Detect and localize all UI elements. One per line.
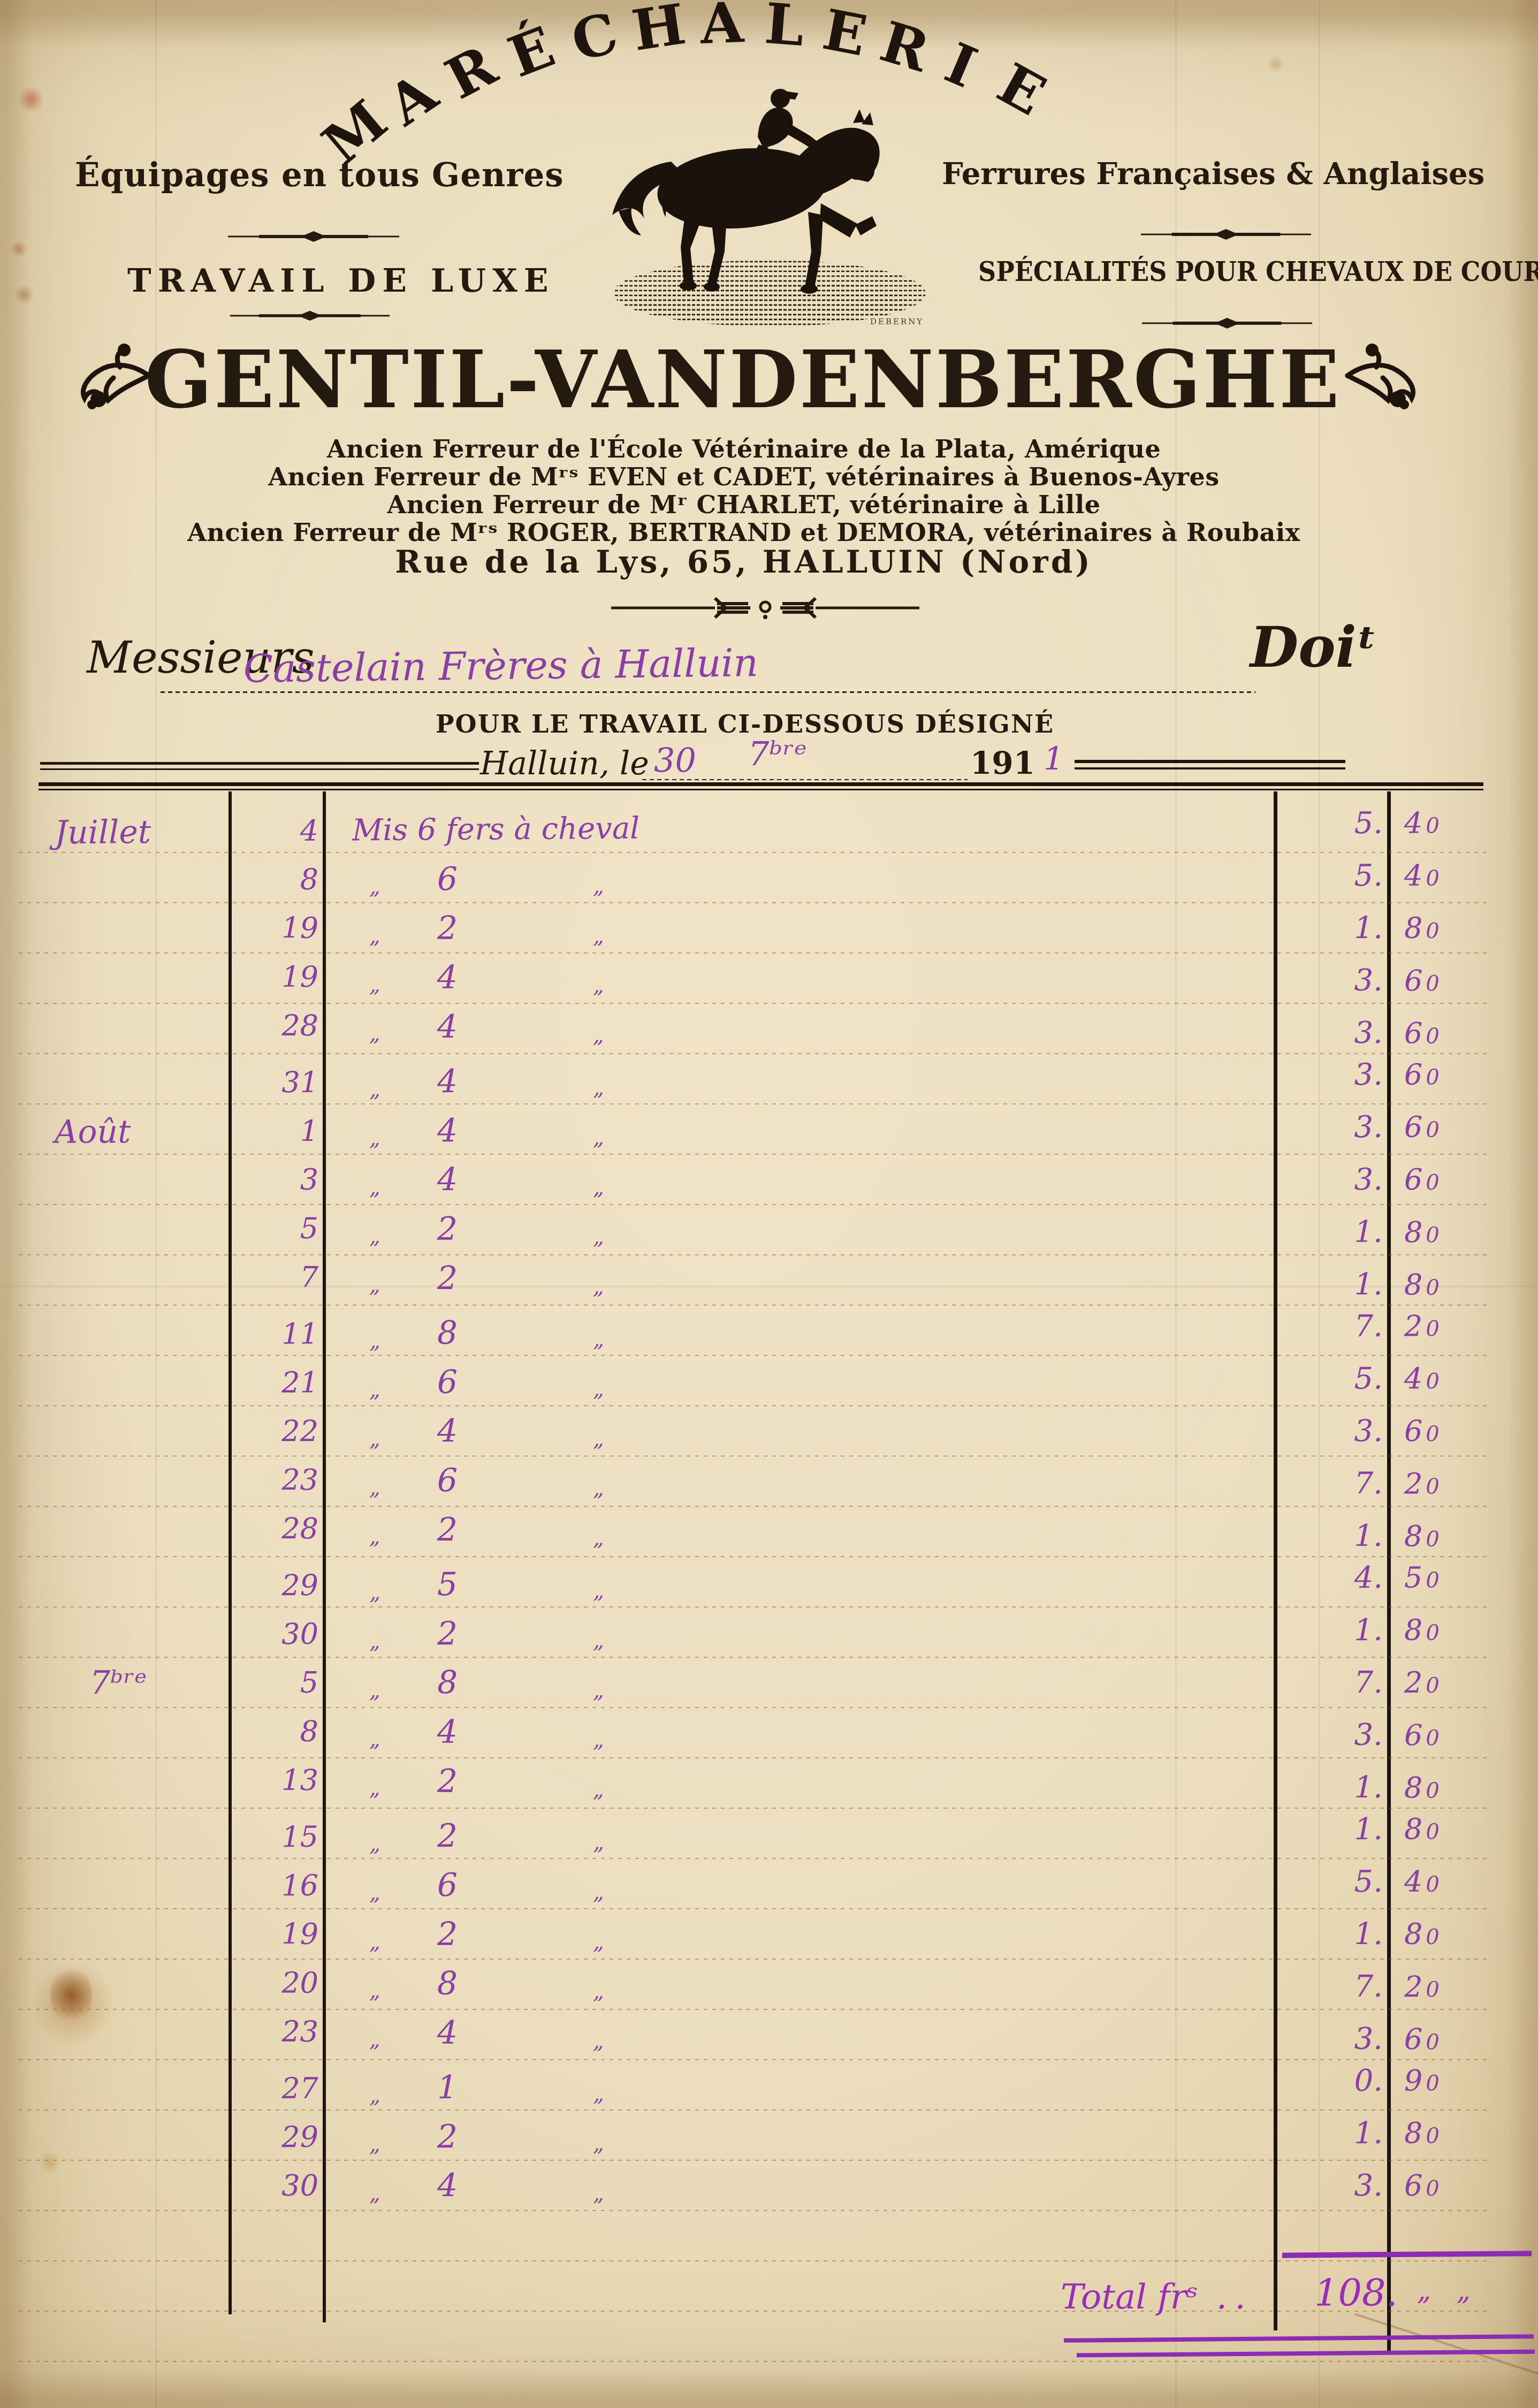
ditto-mark: „: [593, 1262, 604, 1312]
paper-stain: [11, 240, 27, 258]
quantity-cell: 4: [422, 2161, 473, 2211]
centimes-small-digit: 0: [1426, 866, 1443, 891]
invoice-page: MARÉCHALERIE Équipages en tous Genres TR…: [0, 0, 1538, 2408]
quantity-cell: 8: [422, 1959, 473, 2009]
centimes-cell: 40: [1404, 851, 1443, 904]
day-cell: 30: [225, 2161, 318, 2211]
table-row: 29„2„1.80: [0, 2108, 1538, 2163]
tagline-ferrures: Ferrures Françaises & Anglaises: [942, 156, 1484, 192]
tagline-specialites: SPÉCIALITÉS POUR CHEVAUX DE COURSES: [978, 256, 1538, 288]
date-day-handwritten: 30: [654, 741, 696, 780]
table-row: 11„8„7.20: [0, 1300, 1538, 1361]
quantity-cell: 8: [422, 1658, 473, 1708]
day-cell: 29: [225, 2112, 318, 2163]
quantity-cell: 6: [422, 1860, 473, 1910]
credential-line: Ancien Ferreur de l'École Vétérinaire de…: [327, 435, 1161, 463]
quantity-cell: 2: [422, 1609, 473, 1659]
credential-line: Ancien Ferreur de Mʳˢ ROGER, BERTRAND et…: [187, 518, 1300, 547]
table-row: 7ᵇʳᵉ5„8„7.20: [0, 1658, 1538, 1708]
quantity-cell: 2: [422, 1253, 474, 1304]
table-row: 23„6„7.20: [0, 1454, 1538, 1510]
day-cell: 30: [225, 1609, 318, 1660]
quantity-cell: 8: [422, 1308, 474, 1359]
centimes-cell: 60: [1404, 1710, 1443, 1763]
total-label: Total frˢ..: [1061, 2277, 1253, 2317]
ditto-mark: „: [593, 2168, 604, 2219]
centimes-small-digit: 0: [1426, 1024, 1443, 1049]
centimes-cell: 20: [1404, 1658, 1443, 1711]
quantity-cell: 6: [422, 1456, 473, 1506]
francs-cell: 3.: [1280, 2161, 1383, 2211]
day-cell: 8: [225, 1706, 318, 1757]
credential-line: Ancien Ferreur de Mʳ CHARLET, vétérinair…: [387, 490, 1100, 519]
quantity-cell: 6: [422, 854, 473, 904]
francs-cell: 1.: [1280, 1909, 1383, 1960]
quantity-cell: 4: [422, 1106, 473, 1156]
day-cell: 19: [225, 951, 318, 1002]
quantity-cell: 2: [422, 1204, 473, 1254]
day-cell: 31: [225, 1057, 319, 1108]
arch-letter: L: [763, 0, 807, 59]
quantity-cell: 4: [422, 1406, 473, 1457]
quantity-cell: 1: [422, 2062, 474, 2113]
centimes-small-digit: 0: [1426, 1276, 1443, 1300]
day-cell: 19: [225, 1909, 318, 1960]
floral-flourish-icon: [1337, 342, 1428, 412]
centimes-small-digit: 0: [1426, 1925, 1442, 1949]
address-line: Rue de la Lys, 65, HALLUIN (Nord): [395, 544, 1092, 580]
arch-letter: E: [987, 50, 1056, 128]
francs-cell: 3.: [1280, 1102, 1383, 1153]
horse-jockey-engraving: DEBERNY: [581, 72, 959, 337]
day-cell: 28: [225, 1503, 319, 1554]
table-row: 21„6„5.40: [0, 1353, 1538, 1409]
doit-label: Doiᵗ: [1250, 614, 1377, 680]
total-underline: [1077, 2350, 1535, 2358]
divider-ornament: [1141, 316, 1313, 331]
quantity-cell: 4: [422, 1707, 473, 1757]
quantity-cell: 5: [422, 1559, 474, 1610]
francs-cell: 1.: [1280, 2108, 1383, 2159]
ruled-line: [19, 2260, 1488, 2261]
engraving-credit: DEBERNY: [870, 317, 924, 326]
arch-letter: A: [699, 0, 745, 57]
date-dotted-rule: [642, 779, 968, 780]
centimes-small-digit: 0: [1426, 919, 1442, 943]
divider-ornament: [229, 308, 391, 323]
quantity-cell: 2: [422, 1909, 473, 1960]
day-cell: 8: [225, 855, 318, 905]
centimes-cell: 60: [1404, 2161, 1443, 2214]
month-cell: Juillet: [55, 807, 151, 858]
centimes-small-digit: 0: [1426, 1170, 1442, 1195]
francs-cell: 7.: [1280, 1961, 1383, 2012]
centimes-small-digit: 0: [1426, 1779, 1443, 1803]
centimes-small-digit: 0: [1426, 2030, 1443, 2055]
francs-cell: 1.: [1280, 903, 1383, 954]
table-row: 8„4„3.60: [0, 1705, 1538, 1761]
date-rule-right: [1075, 767, 1345, 769]
francs-cell: 1.: [1280, 1605, 1383, 1656]
table-row: Août1„4„3.60: [0, 1102, 1538, 1157]
table-row: 30„2„1.80: [0, 1605, 1538, 1660]
francs-cell: 7.: [1280, 1458, 1383, 1509]
francs-cell: 7.: [1280, 1658, 1383, 1708]
quantity-cell: 2: [422, 2112, 473, 2162]
francs-cell: 5.: [1280, 1857, 1383, 1908]
total-francs: 108.: [1314, 2271, 1398, 2315]
day-cell: 29: [225, 1560, 319, 1611]
centimes-small-digit: 0: [1426, 2071, 1443, 2095]
day-cell: 5: [225, 1658, 318, 1708]
centimes-small-digit: 0: [1426, 1527, 1443, 1552]
quantity-cell: 2: [422, 1811, 474, 1862]
day-cell: 16: [225, 1861, 318, 1911]
ditto-mark: „: [369, 1512, 380, 1562]
date-rule-right: [1075, 760, 1345, 763]
centimes-cell: 40: [1404, 1857, 1443, 1910]
centimes-cell: 80: [1404, 2108, 1443, 2161]
day-cell: 15: [225, 1812, 319, 1863]
francs-cell: 1.: [1280, 1207, 1383, 1258]
centimes-small-digit: 0: [1426, 2124, 1443, 2148]
centimes-small-digit: 0: [1426, 1316, 1443, 1341]
ditto-mark: „: [593, 1765, 604, 1815]
centimes-cell: 40: [1404, 1354, 1443, 1407]
year-digit-handwritten: 1: [1044, 741, 1064, 778]
quantity-cell: 4: [422, 952, 473, 1003]
divider-ornament: [227, 229, 400, 244]
centimes-small-digit: 0: [1426, 813, 1443, 838]
francs-cell: 3.: [1280, 955, 1383, 1006]
paper-stain: [14, 285, 34, 305]
tagline-travail-de-luxe: TRAVAIL DE LUXE: [127, 262, 554, 300]
centimes-cell: 80: [1404, 903, 1443, 956]
total-underline: [1064, 2334, 1534, 2343]
table-row: 31„4„3.60: [0, 1049, 1538, 1110]
centimes-cell: 60: [1404, 1102, 1443, 1155]
date-month-handwritten: 7ᵇʳᵉ: [748, 734, 807, 773]
day-cell: 23: [225, 1454, 318, 1505]
ruled-line: [19, 2311, 1488, 2312]
day-cell: 22: [225, 1406, 318, 1457]
total-label-text: Total frˢ: [1061, 2277, 1198, 2317]
table-top-rule: [39, 782, 1483, 786]
dateline-printed: Halluin, le: [480, 745, 649, 782]
year-printed: 191: [970, 745, 1035, 781]
francs-cell: 5.: [1280, 851, 1383, 902]
ditto-mark: „: [369, 1260, 380, 1310]
centimes-small-digit: 0: [1426, 971, 1443, 996]
centimes-small-digit: 0: [1426, 1422, 1442, 1446]
centimes-cell: 60: [1404, 1155, 1443, 1208]
day-cell: 23: [225, 2006, 319, 2057]
day-cell: 7: [225, 1252, 319, 1302]
total-top-rule: [1282, 2251, 1532, 2258]
month-cell: Août: [55, 1107, 131, 1157]
quantity-cell: 6: [422, 1357, 473, 1407]
ditto-mark: „: [369, 2168, 380, 2219]
table-row: 19„4„3.60: [0, 951, 1538, 1007]
arch-letter: E: [818, 0, 872, 69]
quantity-cell: 4: [422, 1056, 474, 1107]
centimes-cell: 40: [1404, 798, 1443, 851]
centimes-small-digit: 0: [1426, 1568, 1443, 1592]
ditto-mark: „: [593, 1010, 604, 1061]
day-cell: 20: [225, 1957, 318, 2008]
quantity-cell: 4: [422, 1155, 473, 1205]
quantity-cell: 4: [422, 1001, 474, 1052]
date-rule-left: [40, 762, 479, 765]
centimes-small-digit: 0: [1426, 1872, 1443, 1897]
ditto-mark: „: [593, 1513, 604, 1564]
centimes-small-digit: 0: [1426, 1369, 1443, 1394]
ruled-line: [19, 2361, 1488, 2362]
table-row: 30„4„3.60: [0, 2161, 1538, 2211]
centimes-small-digit: 0: [1426, 1474, 1443, 1499]
centimes-small-digit: 0: [1426, 1223, 1443, 1247]
centimes-cell: 90: [1404, 2055, 1443, 2108]
total-centimes: „ „: [1417, 2275, 1479, 2306]
centimes-small-digit: 0: [1426, 1118, 1443, 1142]
ditto-mark: „: [369, 1763, 380, 1813]
francs-cell: 0.: [1280, 2056, 1383, 2107]
table-row: 22„4„3.60: [0, 1406, 1538, 1457]
table-row: 15„2„1.80: [0, 1803, 1538, 1864]
day-cell: 11: [225, 1309, 319, 1360]
day-cell: 4: [225, 806, 319, 857]
day-cell: 5: [225, 1203, 318, 1254]
centimes-cell: 80: [1404, 1909, 1443, 1962]
client-dotted-rule: [161, 691, 1255, 693]
table-row: 27„1„0.90: [0, 2055, 1538, 2116]
francs-cell: 3.: [1280, 1710, 1383, 1761]
centimes-cell: 60: [1404, 1049, 1443, 1102]
centimes-cell: 20: [1404, 1962, 1443, 2015]
table-row: 29„5„4.50: [0, 1552, 1538, 1613]
day-cell: 28: [225, 1000, 319, 1051]
table-row: 5„2„1.80: [0, 1202, 1538, 1258]
ditto-mark: „: [593, 2016, 604, 2067]
centimes-small-digit: 0: [1426, 1819, 1443, 1844]
centimes-cell: 20: [1404, 1301, 1443, 1354]
client-name-handwritten: Castelain Frères à Halluin: [243, 640, 759, 691]
centimes-small-digit: 0: [1426, 2176, 1442, 2201]
quantity-cell: 4: [422, 2007, 474, 2058]
day-cell: 19: [225, 903, 318, 954]
work-note: POUR LE TRAVAIL CI-DESSOUS DÉSIGNÉ: [436, 710, 1054, 738]
centimes-small-digit: 0: [1426, 1621, 1443, 1645]
total-dots: ..: [1216, 2277, 1253, 2317]
francs-cell: 5.: [1280, 798, 1383, 849]
divider-ornament: [1140, 227, 1312, 242]
table-row: 3„4„3.60: [0, 1155, 1538, 1205]
centimes-cell: 60: [1404, 1406, 1443, 1459]
arch-letter: R: [435, 32, 506, 112]
quantity-cell: 2: [422, 903, 473, 954]
centimes-small-digit: 0: [1426, 1065, 1443, 1089]
table-row: 8„6„5.40: [0, 850, 1538, 906]
tagline-equipages: Équipages en tous Genres: [75, 156, 564, 194]
table-row: 20„8„7.20: [0, 1957, 1538, 2013]
centimes-cell: 20: [1404, 1459, 1443, 1512]
table-row: 19„2„1.80: [0, 903, 1538, 954]
date-rule-left: [40, 768, 479, 770]
arch-letter: É: [500, 13, 563, 90]
day-cell: 21: [225, 1358, 318, 1408]
month-cell: 7ᵇʳᵉ: [90, 1658, 147, 1708]
business-name: GENTIL-VANDENBERGHE: [144, 333, 1341, 426]
table-top-rule: [39, 789, 1483, 790]
centimes-cell: 60: [1404, 956, 1443, 1009]
centimes-small-digit: 0: [1426, 1977, 1443, 2002]
ditto-mark: „: [369, 2015, 380, 2065]
day-cell: 27: [225, 2063, 319, 2114]
description-cell: Mis 6 fers à cheval: [352, 804, 640, 856]
francs-cell: 4.: [1280, 1553, 1383, 1604]
table-row: 16„6„5.40: [0, 1856, 1538, 1912]
francs-cell: 5.: [1280, 1354, 1383, 1405]
arch-letter: H: [628, 0, 689, 64]
ditto-mark: „: [369, 1009, 380, 1059]
table-row: 19„2„1.80: [0, 1909, 1538, 1960]
francs-cell: 7.: [1280, 1301, 1383, 1352]
day-cell: 1: [225, 1106, 318, 1157]
centimes-cell: 80: [1404, 1207, 1443, 1260]
francs-cell: 3.: [1280, 1155, 1383, 1205]
francs-cell: 3.: [1280, 1406, 1383, 1457]
credential-line: Ancien Ferreur de Mʳˢ EVEN et CADET, vét…: [268, 462, 1219, 491]
francs-cell: 3.: [1280, 1050, 1383, 1101]
centimes-cell: 80: [1404, 1605, 1443, 1658]
quantity-cell: 2: [422, 1756, 474, 1807]
centimes-small-digit: 0: [1426, 1673, 1442, 1698]
centimes-cell: 50: [1404, 1552, 1443, 1605]
quantity-cell: 2: [422, 1504, 474, 1555]
divider-ornament-large: [610, 592, 920, 624]
day-cell: 13: [225, 1755, 319, 1805]
centimes-cell: 80: [1404, 1804, 1443, 1857]
table-row: Juillet4Mis 6 fers à cheval5.40: [0, 797, 1538, 858]
arch-letter: C: [565, 0, 625, 74]
day-cell: 3: [225, 1155, 318, 1205]
francs-cell: 1.: [1280, 1804, 1383, 1855]
centimes-small-digit: 0: [1426, 1726, 1443, 1750]
